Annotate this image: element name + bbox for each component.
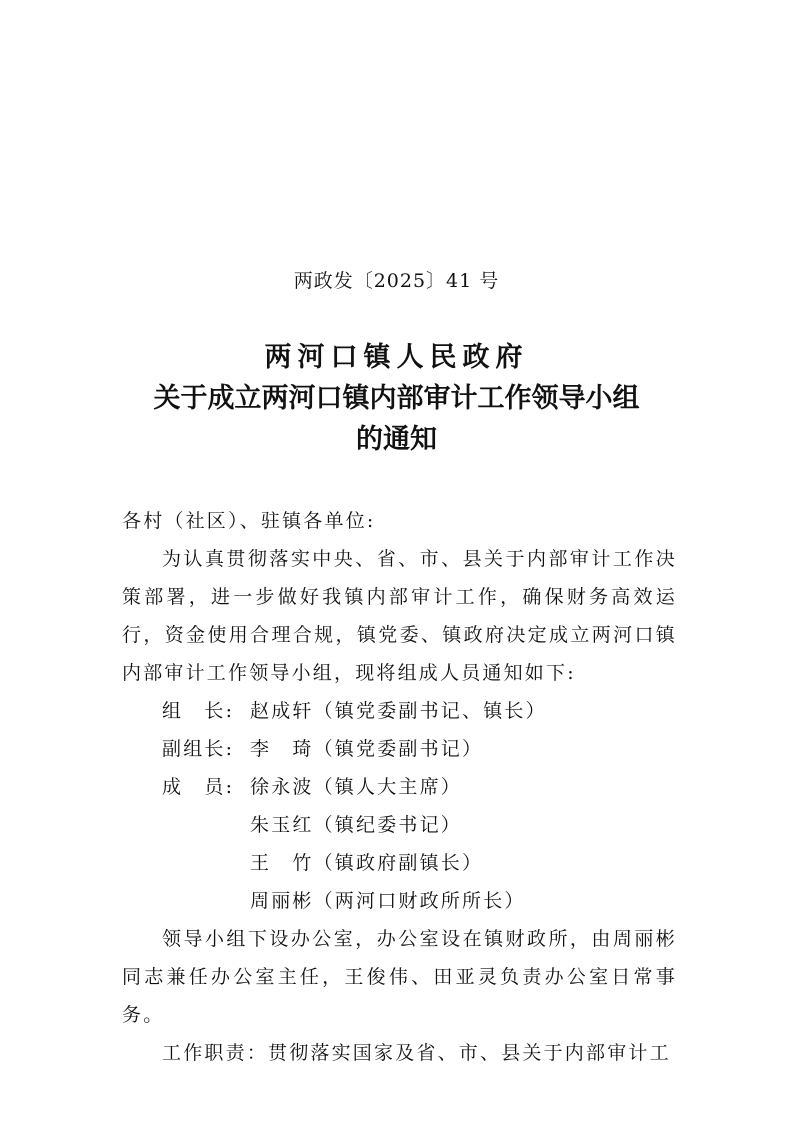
member-name: 周丽彬（两河口财政所所长） [250,882,526,920]
member-role [162,882,250,920]
member-row: 组 长: 赵成轩（镇党委副书记、镇长） [122,692,677,730]
title-line-1: 两河口镇人民政府 [0,337,793,378]
document-title: 两河口镇人民政府 关于成立两河口镇内部审计工作领导小组 的通知 [0,337,793,460]
member-row: 成 员: 徐永波（镇人大主席） [122,768,677,806]
document-number: 两政发〔2025〕41 号 [0,266,793,296]
member-name: 赵成轩（镇党委副书记、镇长） [250,692,547,730]
member-name: 徐永波（镇人大主席） [250,768,462,806]
member-name: 朱玉红（镇纪委书记） [250,806,462,844]
member-row: 王 竹（镇政府副镇长） [122,844,677,882]
member-role: 副组长: [162,730,250,768]
member-role [162,806,250,844]
document-body: 各村（社区）、驻镇各单位: 为认真贯彻落实中央、省、市、县关于内部审计工作决策部… [122,502,677,1072]
member-row: 周丽彬（两河口财政所所长） [122,882,677,920]
title-line-2: 关于成立两河口镇内部审计工作领导小组 [0,378,793,419]
member-role [162,844,250,882]
member-role: 成 员: [162,768,250,806]
salutation: 各村（社区）、驻镇各单位: [122,502,677,540]
member-name: 李 琦（镇党委副书记） [250,730,483,768]
duties-paragraph: 工作职责：贯彻落实国家及省、市、县关于内部审计工 [122,1034,677,1072]
member-role: 组 长: [162,692,250,730]
member-row: 朱玉红（镇纪委书记） [122,806,677,844]
member-row: 副组长: 李 琦（镇党委副书记） [122,730,677,768]
office-paragraph: 领导小组下设办公室，办公室设在镇财政所，由周丽彬同志兼任办公室主任，王俊伟、田亚… [122,920,677,1034]
member-name: 王 竹（镇政府副镇长） [250,844,483,882]
member-list: 组 长: 赵成轩（镇党委副书记、镇长） 副组长: 李 琦（镇党委副书记） 成 员… [122,692,677,920]
title-line-3: 的通知 [0,419,793,460]
intro-paragraph: 为认真贯彻落实中央、省、市、县关于内部审计工作决策部署，进一步做好我镇内部审计工… [122,540,677,692]
